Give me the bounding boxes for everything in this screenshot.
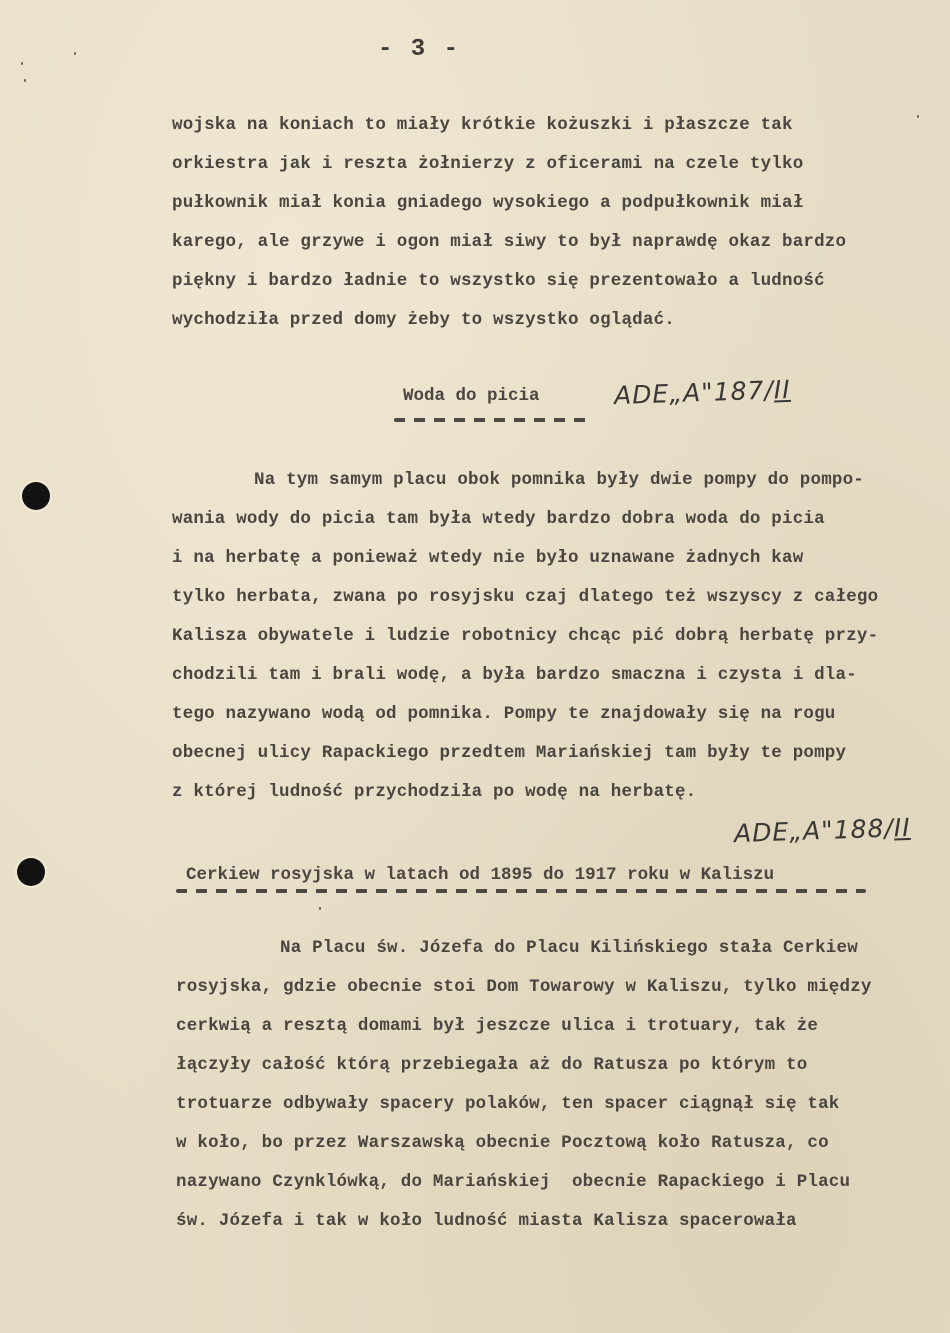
text-line: w koło, bo przez Warszawską obecnie Pocz… [176,1133,829,1153]
section-heading-woda: Woda do picia [403,386,540,406]
text-line: obecnej ulicy Rapackiego przedtem Mariań… [172,743,846,763]
annotation-text: ADE„A"187/ [614,376,775,411]
ink-speck [24,79,26,82]
text-line: orkiestra jak i reszta żołnierzy z ofice… [172,154,803,174]
text-line: Na Placu św. Józefa do Placu Kilińskiego… [280,938,858,958]
text-line: wojska na koniach to miały krótkie kożus… [172,115,793,135]
archive-annotation-188: ADE„A"188/II [734,813,911,848]
text-line: trotuarze odbywały spacery polaków, ten … [176,1094,840,1114]
text-line: tego nazywano wodą od pomnika. Pompy te … [172,704,836,724]
ink-speck [21,62,23,65]
punch-hole-upper [22,482,50,510]
annotation-roman-numeral: II [773,375,791,405]
text-line: św. Józefa i tak w koło ludność miasta K… [176,1211,797,1231]
text-line: wychodziła przed domy żeby to wszystko o… [172,310,675,330]
section-heading-cerkiew: Cerkiew rosyjska w latach od 1895 do 191… [186,865,774,885]
annotation-roman-numeral: II [893,813,911,843]
ink-speck [319,907,321,910]
annotation-text: ADE„A"188/ [734,814,895,849]
text-line: łączyły całość którą przebiegała aż do R… [176,1055,807,1075]
text-line: pułkownik miał konia gniadego wysokiego … [172,193,803,213]
text-line: tylko herbata, zwana po rosyjsku czaj dl… [172,587,878,607]
text-line: z której ludność przychodziła po wodę na… [172,782,696,802]
text-line: Na tym samym placu obok pomnika były dwi… [254,470,864,490]
text-line: nazywano Czynklówką, do Mariańskiej obec… [176,1172,850,1192]
ink-speck [74,52,76,55]
heading-underline [394,418,594,422]
text-line: rosyjska, gdzie obecnie stoi Dom Towarow… [176,977,872,997]
text-line: cerkwią a resztą domami był jeszcze ulic… [176,1016,818,1036]
ink-speck [917,115,919,118]
text-line: piękny i bardzo ładnie to wszystko się p… [172,271,825,291]
text-line: i na herbatę a ponieważ wtedy nie było u… [172,548,803,568]
text-line: wania wody do picia tam była wtedy bardz… [172,509,825,529]
archive-annotation-187: ADE„A"187/II [614,375,791,410]
text-line: chodzili tam i brali wodę, a była bardzo… [172,665,857,685]
heading-underline [176,889,866,893]
page-number: - 3 - [378,36,460,63]
text-line: karego, ale grzywe i ogon miał siwy to b… [172,232,846,252]
typewritten-page: - 3 - wojska na koniach to miały krótkie… [0,0,950,1333]
text-line: Kalisza obywatele i ludzie robotnicy chc… [172,626,878,646]
punch-hole-lower [17,858,45,886]
